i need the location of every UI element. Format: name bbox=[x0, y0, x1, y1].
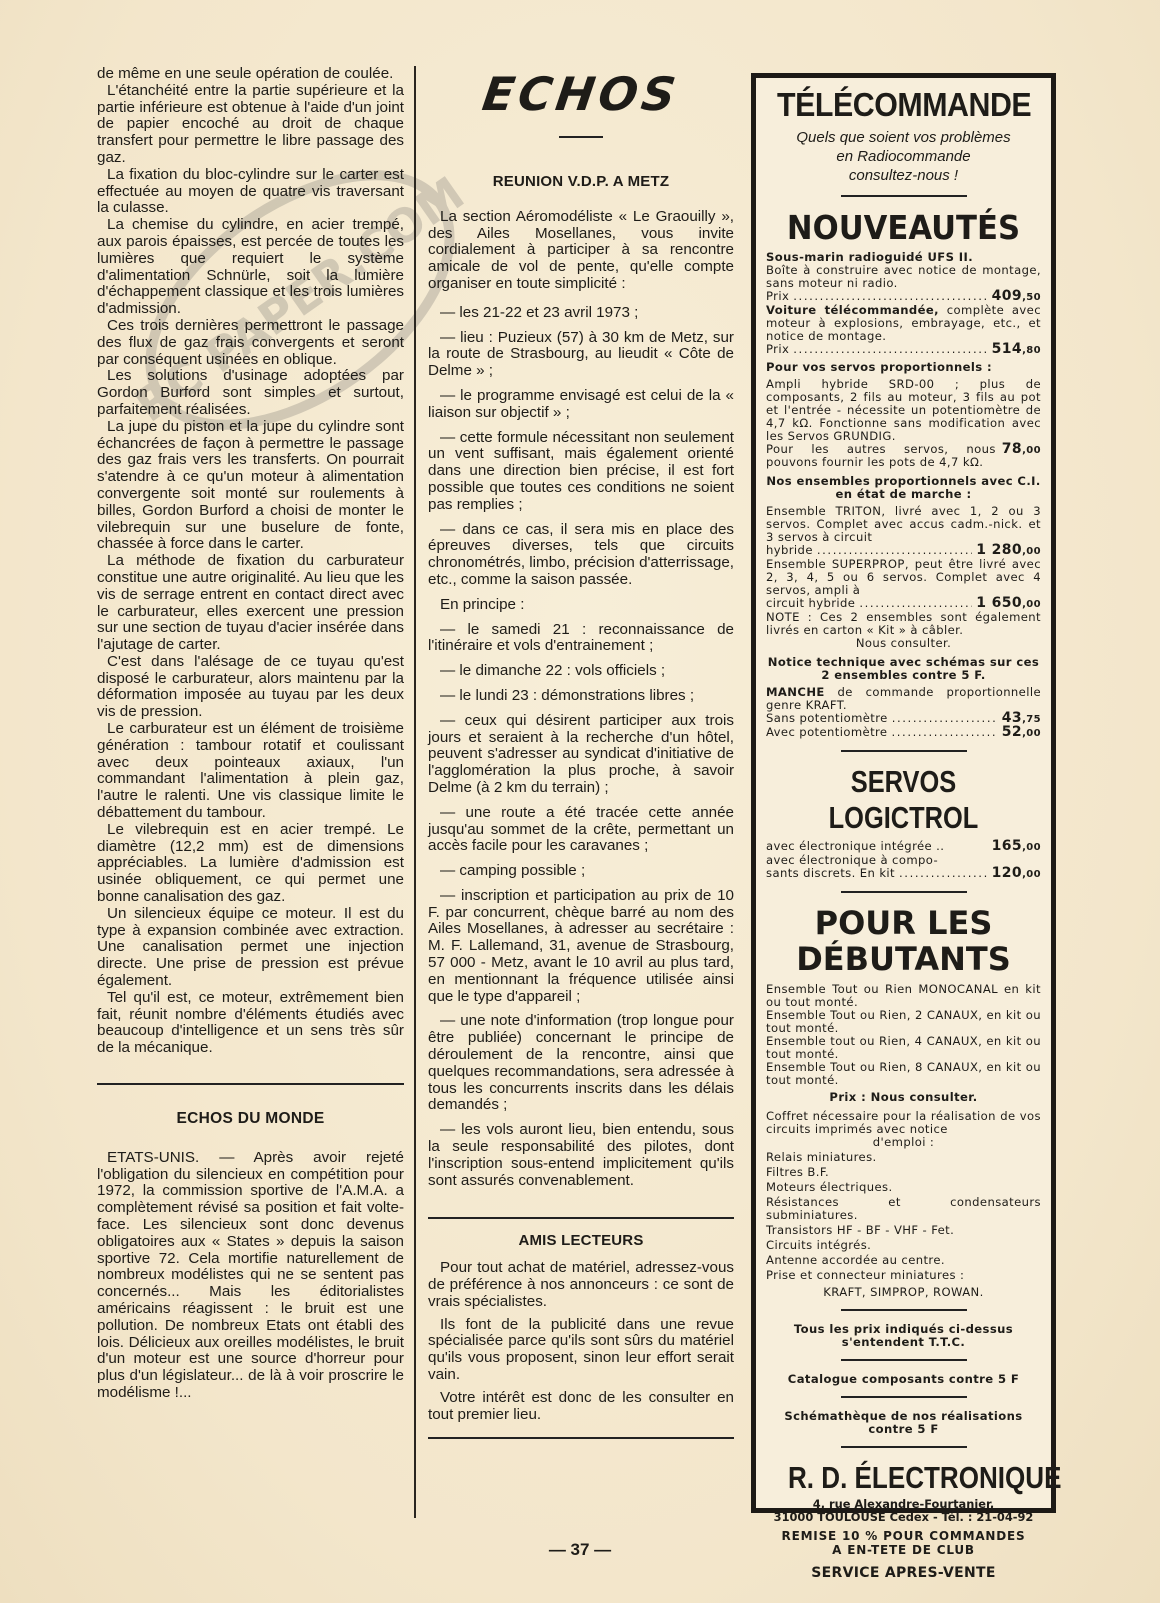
service-apres-vente: SERVICE APRES-VENTE bbox=[766, 1565, 1041, 1581]
reunion-item: — ceux qui désirent participer aux trois… bbox=[428, 713, 734, 797]
ensembles-heading: Nos ensembles proportionnels avec C.I. e… bbox=[766, 475, 1041, 501]
reunion-intro: La section Aéromodéliste « Le Graouilly … bbox=[428, 209, 734, 293]
article-paragraph: C'est dans l'alésage de ce tuyau qu'est … bbox=[97, 654, 404, 721]
component-item: Filtres B.F. bbox=[766, 1166, 1041, 1179]
reunion-item: — lieu : Puzieux (57) à 30 km de Metz, s… bbox=[428, 330, 734, 380]
servos-heading: Pour vos servos proportionnels : bbox=[766, 361, 1041, 374]
ad-rule bbox=[841, 891, 967, 893]
title-rule bbox=[559, 136, 603, 138]
echos-title: ECHOS bbox=[424, 66, 738, 122]
section-divider bbox=[97, 1083, 404, 1085]
manche-desc: MANCHE de commande proportionnelle genre… bbox=[766, 686, 1041, 712]
debutants-ensemble: Ensemble Tout ou Rien, 2 CANAUX, en kit … bbox=[766, 1009, 1041, 1035]
product-voiture: Voiture télécommandée, complète avec mot… bbox=[766, 304, 1041, 343]
article-paragraph: La jupe du piston et la jupe du cylindre… bbox=[97, 419, 404, 553]
ampli-desc: Ampli hybride SRD-00 ; plus de composant… bbox=[766, 378, 1041, 443]
notice-technique: Notice technique avec schémas sur ces 2 … bbox=[766, 656, 1041, 682]
logictrol-section: avec électronique intégrée .. 165,00 ave… bbox=[766, 840, 1041, 881]
article-paragraph: Le carburateur est un élément de troisiè… bbox=[97, 721, 404, 822]
reunion-item: En principe : bbox=[428, 597, 734, 614]
company-address: 4, rue Alexandre-Fourtanier, 31000 TOULO… bbox=[766, 1498, 1041, 1524]
advertisement-rd-electronique: TÉLÉCOMMANDE Quels que soient vos problè… bbox=[751, 73, 1056, 1513]
component-item: Circuits intégrés. bbox=[766, 1239, 1041, 1252]
ad-notes: Tous les prix indiqués ci-dessus s'enten… bbox=[766, 1323, 1041, 1436]
engine-article: de même en une seule opération de coulée… bbox=[97, 66, 404, 1057]
component-item: Prise et connecteur miniatures : bbox=[766, 1269, 1041, 1282]
reunion-item: — les vols auront lieu, bien entendu, so… bbox=[428, 1122, 734, 1189]
reunion-item: — inscription et participation au prix d… bbox=[428, 888, 734, 1006]
kit-note-consult: Nous consulter. bbox=[766, 637, 1041, 650]
reunion-item: — dans ce cas, il sera mis en place des … bbox=[428, 522, 734, 589]
article-paragraph: Le vilebrequin est en acier trempé. Le d… bbox=[97, 822, 404, 906]
price-sous-marin: Prix 409,50 bbox=[766, 290, 1041, 304]
price-avec-pot: Avec potentiomètre 52,00 bbox=[766, 726, 1041, 740]
article-paragraph: La méthode de fixation du carburateur co… bbox=[97, 553, 404, 654]
middle-column: ECHOS REUNION V.D.P. A METZ La section A… bbox=[428, 66, 734, 1453]
superprop-desc: Ensemble SUPERPROP, peut être livré avec… bbox=[766, 558, 1041, 597]
column-divider bbox=[414, 66, 416, 1518]
debutants-ensemble: Ensemble Tout ou Rien, 8 CANAUX, en kit … bbox=[766, 1061, 1041, 1087]
article-paragraph: de même en une seule opération de coulée… bbox=[97, 66, 404, 83]
component-item: Résistances et condensateurs subminiatur… bbox=[766, 1196, 1041, 1222]
debutants-heading: POUR LES DÉBUTANTS bbox=[766, 905, 1041, 977]
reunion-item: — le samedi 21 : reconnaissance de l'iti… bbox=[428, 622, 734, 656]
price-ampli: Pour les autres servos, nous pouvons fou… bbox=[766, 443, 1041, 469]
price-triton: hybride 1 280,00 bbox=[766, 544, 1041, 558]
price-logictrol-kit: sants discrets. En kit 120,00 bbox=[766, 867, 1041, 881]
price-voiture: Prix 514,80 bbox=[766, 343, 1041, 357]
article-paragraph: L'étanchéité entre la partie supérieure … bbox=[97, 83, 404, 167]
kit-note: NOTE : Ces 2 ensembles sont également li… bbox=[766, 611, 1041, 637]
ad-rule bbox=[841, 195, 967, 197]
magazine-page: RC PAPER.COM de même en une seule opérat… bbox=[0, 0, 1160, 1603]
echos-du-monde-text: ETATS-UNIS. — Après avoir rejeté l'oblig… bbox=[97, 1150, 404, 1402]
reunion-item: — le programme envisagé est celui de la … bbox=[428, 388, 734, 422]
echos-du-monde-section: ECHOS DU MONDE ETATS-UNIS. — Après avoir… bbox=[97, 1111, 404, 1402]
reunion-item: — le lundi 23 : démonstrations libres ; bbox=[428, 688, 734, 705]
price-superprop: circuit hybride 1 650,00 bbox=[766, 597, 1041, 611]
article-paragraph: Ces trois dernières permettront le passa… bbox=[97, 318, 404, 368]
section-divider bbox=[428, 1217, 734, 1219]
triton-desc: Ensemble TRITON, livré avec 1, 2 ou 3 se… bbox=[766, 505, 1041, 544]
ad-rule bbox=[841, 1309, 967, 1311]
reunion-items: — les 21-22 et 23 avril 1973 ;— lieu : P… bbox=[428, 305, 734, 1190]
amis-lecteurs-section: AMIS LECTEURS Pour tout achat de matérie… bbox=[428, 1233, 734, 1423]
product-sous-marin-desc: Boîte à construire avec notice de montag… bbox=[766, 264, 1041, 290]
ad-rule bbox=[841, 750, 967, 752]
brands: KRAFT, SIMPROP, ROWAN. bbox=[766, 1286, 1041, 1299]
debutants-ensemble: Ensemble Tout ou Rien MONOCANAL en kit o… bbox=[766, 983, 1041, 1009]
component-item: Antenne accordée au centre. bbox=[766, 1254, 1041, 1267]
debutants-section: Ensemble Tout ou Rien MONOCANAL en kit o… bbox=[766, 983, 1041, 1299]
note-catalogue: Catalogue composants contre 5 F bbox=[766, 1373, 1041, 1386]
price-logictrol-integre: avec électronique intégrée .. 165,00 bbox=[766, 840, 1041, 854]
ad-headline: TÉLÉCOMMANDE bbox=[777, 86, 1030, 124]
reunion-item: — une note d'information (trop longue po… bbox=[428, 1013, 734, 1114]
amis-lecteurs-heading: AMIS LECTEURS bbox=[428, 1233, 734, 1250]
company-name: R. D. ÉLECTRONIQUE bbox=[788, 1460, 1019, 1496]
reunion-item: — cette formule nécessitant non seulemen… bbox=[428, 430, 734, 514]
amis-lecteurs-paragraph: Ils font de la publicité dans une revue … bbox=[428, 1317, 734, 1384]
article-paragraph: La fixation du bloc-cylindre sur le cart… bbox=[97, 167, 404, 217]
reunion-item: — une route a été tracée cette année jus… bbox=[428, 805, 734, 855]
section-divider bbox=[428, 1437, 734, 1439]
debutants-prix: Prix : Nous consulter. bbox=[766, 1091, 1041, 1104]
article-paragraph: Un silencieux équipe ce moteur. Il est d… bbox=[97, 906, 404, 990]
component-item: Relais miniatures. bbox=[766, 1151, 1041, 1164]
reunion-heading: REUNION V.D.P. A METZ bbox=[428, 174, 734, 191]
article-paragraph: Les solutions d'usinage adoptées par Gor… bbox=[97, 368, 404, 418]
article-paragraph: Tel qu'il est, ce moteur, extrêmement bi… bbox=[97, 990, 404, 1057]
note-ttc: Tous les prix indiqués ci-dessus s'enten… bbox=[766, 1323, 1041, 1349]
left-column: de même en une seule opération de coulée… bbox=[97, 66, 404, 1402]
reunion-item: — les 21-22 et 23 avril 1973 ; bbox=[428, 305, 734, 322]
debutants-ensemble: Ensemble tout ou Rien, 4 CANAUX, en kit … bbox=[766, 1035, 1041, 1061]
ad-rule bbox=[841, 1446, 967, 1448]
ad-tagline: Quels que soient vos problèmes en Radioc… bbox=[766, 128, 1041, 185]
article-paragraph: La chemise du cylindre, en acier trempé,… bbox=[97, 217, 404, 318]
coffret-desc: Coffret nécessaire pour la réalisation d… bbox=[766, 1110, 1041, 1136]
component-item: Moteurs électriques. bbox=[766, 1181, 1041, 1194]
note-schematheque: Schémathèque de nos réalisations contre … bbox=[766, 1410, 1041, 1436]
nouveautes-heading: NOUVEAUTÉS bbox=[776, 209, 1032, 247]
echos-du-monde-heading: ECHOS DU MONDE bbox=[97, 1111, 404, 1128]
logictrol-heading: SERVOS LOGICTROL bbox=[791, 764, 1017, 836]
reunion-item: — le dimanche 22 : vols officiels ; bbox=[428, 663, 734, 680]
amis-lecteurs-paragraph: Pour tout achat de matériel, adressez-vo… bbox=[428, 1260, 734, 1310]
page-number: — 37 — bbox=[0, 1540, 1160, 1560]
amis-lecteurs-paragraph: Votre intérêt est donc de les consulter … bbox=[428, 1390, 734, 1424]
component-item: Transistors HF - BF - VHF - Fet. bbox=[766, 1224, 1041, 1237]
nouveautes-section: Sous-marin radioguidé UFS II. Boîte à co… bbox=[766, 251, 1041, 740]
price-sans-pot: Sans potentiomètre 43,75 bbox=[766, 712, 1041, 726]
reunion-item: — camping possible ; bbox=[428, 863, 734, 880]
